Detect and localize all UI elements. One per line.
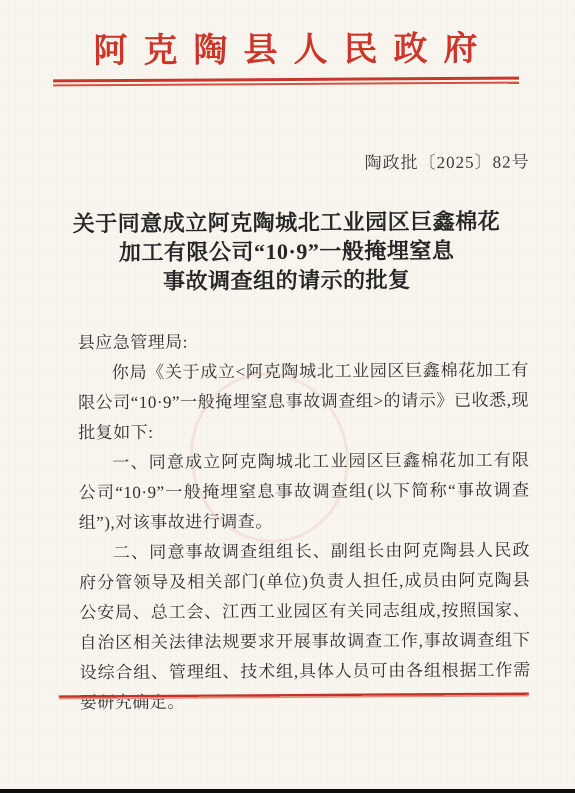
document-title: 关于同意成立阿克陶城北工业园区巨鑫棉花 加工有限公司“10·9”一般掩埋窒息 事… xyxy=(0,206,574,297)
scanned-official-document: 阿克陶县人民政府 陶政批〔2025〕82号 关于同意成立阿克陶城北工业园区巨鑫棉… xyxy=(0,0,575,793)
body-paragraph-intro: 你局《关于成立<阿克陶城北工业园区巨鑫棉花加工有限公司“10·9”一般掩埋窒息事… xyxy=(78,356,530,449)
scan-edge-artifact xyxy=(0,789,575,793)
body-paragraph-item-1: 一、同意成立阿克陶城北工业园区巨鑫棉花加工有限公司“10·9”一般掩埋窒息事故调… xyxy=(78,446,530,539)
document-number: 陶政批〔2025〕82号 xyxy=(0,147,574,176)
document-title-line-2: 加工有限公司“10·9”一般掩埋窒息 xyxy=(0,235,574,268)
letterhead-divider-rule xyxy=(53,77,519,87)
body-paragraph-item-2: 二、同意事故调查组组长、副组长由阿克陶县人民政府分管领导及相关部门(单位)负责人… xyxy=(79,536,531,719)
scan-content: 阿克陶县人民政府 陶政批〔2025〕82号 关于同意成立阿克陶城北工业园区巨鑫棉… xyxy=(0,0,575,793)
recipient-line: 县应急管理局: xyxy=(78,326,529,359)
document-body: 县应急管理局: 你局《关于成立<阿克陶城北工业园区巨鑫棉花加工有限公司“10·9… xyxy=(78,326,531,719)
letterhead-agency-title: 阿克陶县人民政府 xyxy=(0,20,573,73)
document-title-line-3: 事故调查组的请示的批复 xyxy=(0,264,574,297)
document-title-line-1: 关于同意成立阿克陶城北工业园区巨鑫棉花 xyxy=(0,206,574,239)
